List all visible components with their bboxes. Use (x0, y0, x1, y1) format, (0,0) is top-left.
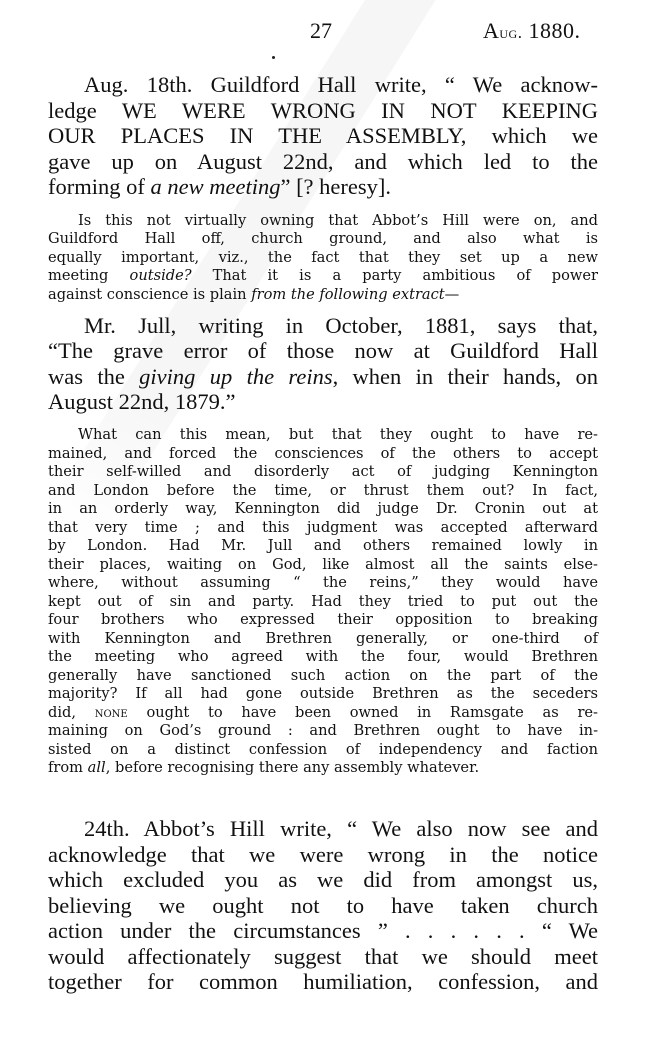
text-line: by London. Had Mr. Jull and others remai… (48, 537, 598, 555)
text-line: acknowledge that we were wrong in the no… (48, 842, 598, 868)
text-line: Aug. 18th. Guildford Hall write, “ We ac… (48, 72, 598, 98)
text-line: would affectionately suggest that we sho… (48, 944, 598, 970)
emphasis: all (88, 759, 106, 776)
text-line: together for common humiliation, confess… (48, 969, 598, 995)
text-line: where, without assuming “ the reins,” th… (48, 574, 598, 592)
text-line: majority? If all had gone outside Brethr… (48, 685, 598, 703)
page-number: 27 (310, 18, 332, 44)
text-line: which excluded you as we did from amongs… (48, 867, 598, 893)
text-line: sisted on a distinct confession of indep… (48, 741, 598, 759)
text-line: action under the circumstances ” . . . .… (48, 918, 598, 944)
text-line: against conscience is plain from the fol… (48, 286, 598, 304)
text-line: in an orderly way, Kennington did judge … (48, 500, 598, 518)
text-line: mained, and forced the consciences of th… (48, 445, 598, 463)
text-line: was the giving up the reins, when in the… (48, 364, 598, 390)
text-line: four brothers who expressed their opposi… (48, 611, 598, 629)
text-line: What can this mean, but that they ought … (48, 426, 598, 444)
text-line: meeting outside? That it is a party ambi… (48, 267, 598, 285)
text-line: their self-willed and disorderly act of … (48, 463, 598, 481)
emphasis: outside? (130, 267, 192, 284)
text-line: their places, waiting on God, like almos… (48, 556, 598, 574)
emphasis: from the following extract (251, 286, 444, 303)
text-line: that very time ; and this judgment was a… (48, 519, 598, 537)
text-line: and London before the time, or thrust th… (48, 482, 598, 500)
text-line: OUR PLACES IN THE ASSEMBLY, which we (48, 123, 598, 149)
text-line: Is this not virtually owning that Abbot’… (48, 212, 598, 230)
emphasis: giving up the reins (139, 364, 332, 389)
text-line: Guildford Hall off, church ground, and a… (48, 230, 598, 248)
text-line: equally important, viz., the fact that t… (48, 249, 598, 267)
emphasis: a new meeting (150, 174, 280, 199)
text-line: “The grave error of those now at Guildfo… (48, 338, 598, 364)
text-line: from all, before recognising there any a… (48, 759, 598, 777)
print-speck (272, 56, 275, 59)
small-caps-emphasis: none (95, 704, 128, 721)
text-line: 24th. Abbot’s Hill write, “ We also now … (48, 816, 598, 842)
running-head: Aug. 1880. (483, 18, 580, 44)
text-line: with Kennington and Brethren generally, … (48, 630, 598, 648)
text-line: August 22nd, 1879.” (48, 389, 598, 415)
text-line: kept out of sin and party. Had they trie… (48, 593, 598, 611)
page-header: 27 Aug. 1880. (0, 18, 650, 48)
text-line: did, none ought to have been owned in Ra… (48, 704, 598, 722)
text-line: maining on God’s ground : and Brethren o… (48, 722, 598, 740)
text-line: gave up on August 22nd, and which led to… (48, 149, 598, 175)
text-line: the meeting who agreed with the four, wo… (48, 648, 598, 666)
text-line: Mr. Jull, writing in October, 1881, says… (48, 313, 598, 339)
text-line: generally have sanctioned such action on… (48, 667, 598, 685)
text-line: believing we ought not to have taken chu… (48, 893, 598, 919)
text-line: forming of a new meeting” [? heresy]. (48, 174, 598, 200)
text-line: ledge WE WERE WRONG IN NOT KEEPING (48, 98, 598, 124)
